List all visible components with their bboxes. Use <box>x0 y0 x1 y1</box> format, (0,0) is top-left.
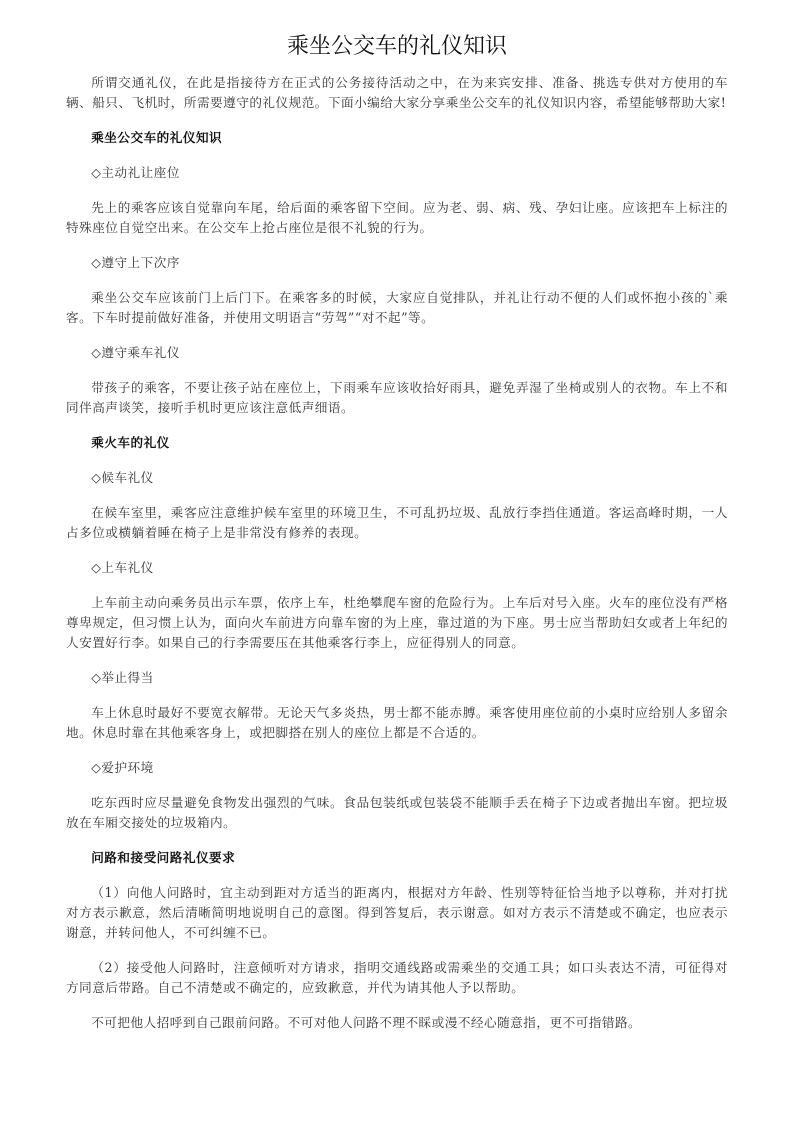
subheading: ◇爱护环境 <box>66 758 728 778</box>
section-heading: 乘火车的礼仪 <box>66 433 728 453</box>
paragraph: 在候车室里，乘客应注意维护候车室里的环境卫生，不可乱扔垃圾、乱放行李挡住通道。客… <box>66 503 728 543</box>
spacer <box>66 653 728 668</box>
paragraph: 不可把他人招呼到自己跟前问路。不可对他人问路不理不睬或漫不经心随意指，更不可指错… <box>66 1013 728 1033</box>
paragraph: 先上的乘客应该自觉靠向车尾，给后面的乘客留下空间。应为老、弱、病、残、孕妇让座。… <box>66 198 728 238</box>
spacer <box>66 418 728 433</box>
spacer <box>66 943 728 958</box>
subheading: ◇遵守乘车礼仪 <box>66 343 728 363</box>
spacer <box>66 578 728 593</box>
subheading: ◇上车礼仪 <box>66 558 728 578</box>
intro-paragraph: 所谓交通礼仪，在此是指接待方在正式的公务接待活动之中，在为来宾安排、准备、挑选专… <box>66 73 728 113</box>
spacer <box>66 453 728 468</box>
paragraph: （1）向他人问路时，宜主动到距对方适当的距离内，根据对方年龄、性别等特征恰当地予… <box>66 883 728 943</box>
spacer <box>66 113 728 128</box>
spacer <box>66 743 728 758</box>
spacer <box>66 328 728 343</box>
page-title: 乘坐公交车的礼仪知识 <box>0 32 794 62</box>
subheading: ◇主动礼让座位 <box>66 163 728 183</box>
paragraph: 带孩子的乘客，不要让孩子站在座位上，下雨乘车应该收拾好雨具，避免弄湿了坐椅或别人… <box>66 378 728 418</box>
spacer <box>66 363 728 378</box>
paragraph: 吃东西时应尽量避免食物发出强烈的气味。食品包装纸或包装袋不能顺手丢在椅子下边或者… <box>66 793 728 833</box>
spacer <box>66 543 728 558</box>
spacer <box>66 868 728 883</box>
subheading: ◇举止得当 <box>66 668 728 688</box>
paragraph: （2）接受他人问路时，注意倾听对方请求，指明交通线路或需乘坐的交通工具；如口头表… <box>66 958 728 998</box>
spacer <box>66 833 728 848</box>
paragraph: 乘坐公交车应该前门上后门下。在乘客多的时候，大家应自觉排队，并礼让行动不便的人们… <box>66 288 728 328</box>
section-heading: 乘坐公交车的礼仪知识 <box>66 128 728 148</box>
document-body: 所谓交通礼仪，在此是指接待方在正式的公务接待活动之中，在为来宾安排、准备、挑选专… <box>66 73 728 1033</box>
document-page: 乘坐公交车的礼仪知识 所谓交通礼仪，在此是指接待方在正式的公务接待活动之中，在为… <box>0 0 794 1123</box>
spacer <box>66 273 728 288</box>
spacer <box>66 238 728 253</box>
spacer <box>66 688 728 703</box>
paragraph: 上车前主动向乘务员出示车票，依序上车，杜绝攀爬车窗的危险行为。上车后对号入座。火… <box>66 593 728 653</box>
spacer <box>66 183 728 198</box>
paragraph: 车上休息时最好不要宽衣解带。无论天气多炎热，男士都不能赤膊。乘客使用座位前的小桌… <box>66 703 728 743</box>
spacer <box>66 488 728 503</box>
subheading: ◇候车礼仪 <box>66 468 728 488</box>
spacer <box>66 778 728 793</box>
spacer <box>66 998 728 1013</box>
section-heading: 问路和接受问路礼仪要求 <box>66 848 728 868</box>
subheading: ◇遵守上下次序 <box>66 253 728 273</box>
spacer <box>66 148 728 163</box>
